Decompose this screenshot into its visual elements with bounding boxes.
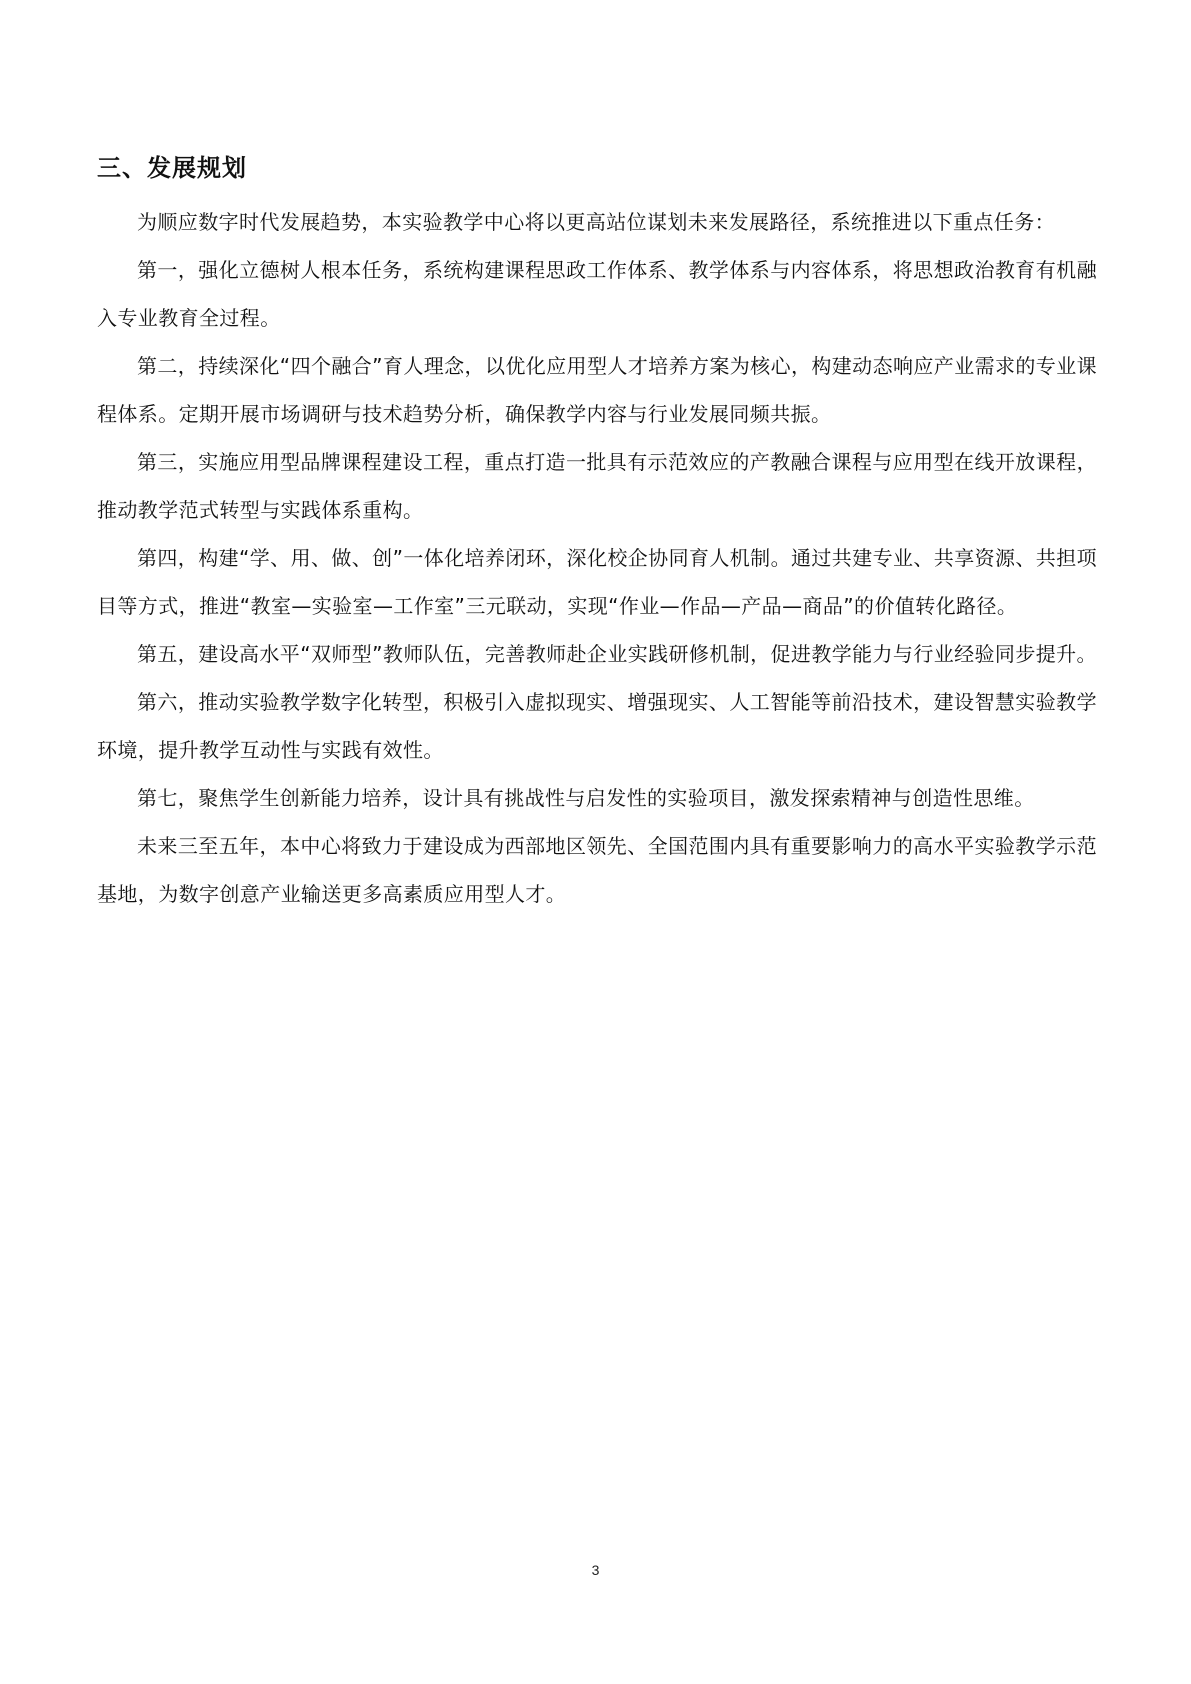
paragraph-task-2: 第二，持续深化“四个融合”育人理念，以优化应用型人才培养方案为核心，构建动态响应…: [97, 342, 1097, 438]
page-number: 3: [0, 1562, 1191, 1578]
page-content: 三、发展规划 为顺应数字时代发展趋势，本实验教学中心将以更高站位谋划未来发展路径…: [97, 150, 1097, 918]
paragraph-task-3: 第三，实施应用型品牌课程建设工程，重点打造一批具有示范效应的产教融合课程与应用型…: [97, 438, 1097, 534]
paragraph-task-5: 第五，建设高水平“双师型”教师队伍，完善教师赴企业实践研修机制，促进教学能力与行…: [97, 630, 1097, 678]
paragraph-task-4: 第四，构建“学、用、做、创”一体化培养闭环，深化校企协同育人机制。通过共建专业、…: [97, 534, 1097, 630]
document-page: 三、发展规划 为顺应数字时代发展趋势，本实验教学中心将以更高站位谋划未来发展路径…: [0, 0, 1191, 1684]
paragraph-task-7: 第七，聚焦学生创新能力培养，设计具有挑战性与启发性的实验项目，激发探索精神与创造…: [97, 774, 1097, 822]
paragraph-intro: 为顺应数字时代发展趋势，本实验教学中心将以更高站位谋划未来发展路径，系统推进以下…: [97, 198, 1097, 246]
paragraph-conclusion: 未来三至五年，本中心将致力于建设成为西部地区领先、全国范围内具有重要影响力的高水…: [97, 822, 1097, 918]
section-heading: 三、发展规划: [97, 150, 1097, 186]
paragraph-task-1: 第一，强化立德树人根本任务，系统构建课程思政工作体系、教学体系与内容体系，将思想…: [97, 246, 1097, 342]
paragraph-task-6: 第六，推动实验教学数字化转型，积极引入虚拟现实、增强现实、人工智能等前沿技术，建…: [97, 678, 1097, 774]
